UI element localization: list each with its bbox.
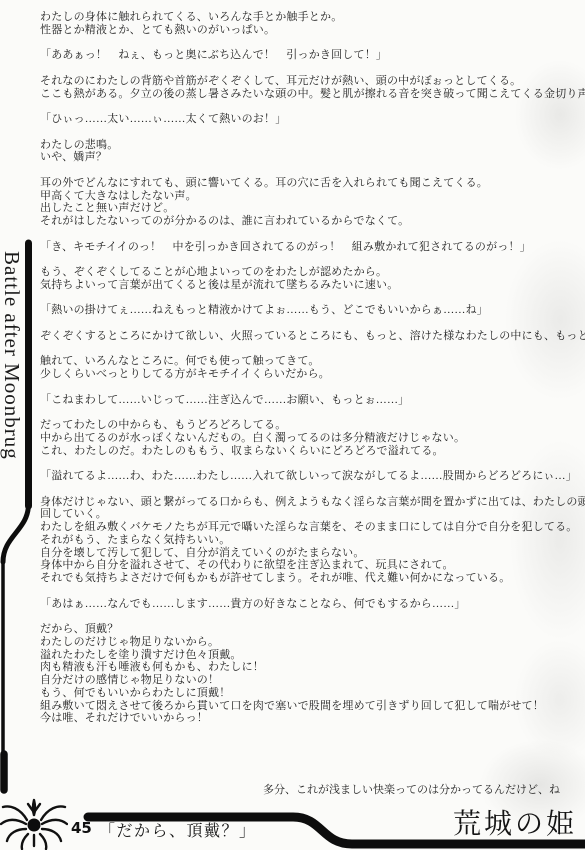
text-line: 甲高くて大きなはしたない声。 — [40, 190, 585, 203]
text-line: だから、頂戴？ — [40, 623, 585, 636]
dialogue-line: 「ああぁっ！ ねぇ、もっと奥にぶち込んで！ 引っかき回して！」 — [40, 49, 585, 62]
crest-center-dot — [28, 819, 41, 832]
dialogue-line: 「き、キモチイイのっ！ 中を引っかき回されてるのがっ！ 組み敷かれて犯されてるの… — [40, 241, 585, 254]
dialogue-line: 「あはぁ……なんでも……します……貴方の好きなことなら、何でもするから……」 — [40, 598, 585, 611]
text-line: 耳の外でどんなにすれても、頭に響いてくる。耳の穴に舌を入れられても聞こえてくる。 — [40, 177, 585, 190]
text-line — [40, 292, 585, 305]
series-title-vertical: Battle after Moonbrug — [0, 251, 24, 541]
text-line — [40, 62, 585, 75]
text-line: 自分を壊して汚して犯して、自分が消えていくのがたまらない。 — [40, 547, 585, 560]
text-line: わたしの身体に触れられてくる、いろんな手とか触手とか。 — [40, 11, 585, 24]
text-line: わたしを組み敷くバケモノたちが耳元で囁いた淫らな言葉を、そのまま口にしては自分で… — [40, 521, 585, 534]
text-line — [40, 483, 585, 496]
text-line: 気持ちよいって言葉が出てくると後は星が流れて墜ちるみたいに速い。 — [40, 279, 585, 292]
text-line: それがもう、たまらなく気持ちいい。 — [40, 534, 585, 547]
text-line — [40, 317, 585, 330]
doujinshi-text-page: Battle after Moonbrug わたしの身体に触れられてくる、いろん… — [0, 0, 585, 850]
text-line: 出したこと無い声だけど。 — [40, 202, 585, 215]
chapter-title: 「だから、頂戴？」 — [99, 818, 257, 841]
text-line — [40, 381, 585, 394]
dialogue-line: 「ひぃっ……太い……ぃ……太くて熱いのお！」 — [40, 113, 585, 126]
text-line — [40, 253, 585, 266]
text-line: 自分だけの感情じゃ物足りないの！ — [40, 674, 585, 687]
text-line: ここも熱がある。夕立の後の蒸し暑さみたいな頭の中。髪と肌が擦れる音を突き破って聞… — [40, 88, 585, 101]
text-line — [40, 343, 585, 356]
text-line: わたしのだけじゃ物足りないから。 — [40, 636, 585, 649]
text-line — [40, 457, 585, 470]
text-line — [40, 585, 585, 598]
story-text-block: わたしの身体に触れられてくる、いろんな手とか触手とか。性器とか精液とか、とても熱… — [40, 11, 585, 725]
book-title: 荒城の姫 — [453, 802, 577, 842]
text-line: わたしの悲鳴。 — [40, 139, 585, 152]
text-line: これ、わたしのだ。わたしのももう、収まらないくらいにどろどろで溢れてる。 — [40, 445, 585, 458]
dialogue-line: 「こねまわして……いじって……注ぎ込んで……お願い、もっとぉ……」 — [40, 394, 585, 407]
trailing-narration-line: 多分、これが浅ましい快楽ってのは分かってるんだけど、ね — [263, 781, 560, 797]
page-number: 45 — [71, 819, 92, 837]
text-line — [40, 610, 585, 623]
text-line: 回していく。 — [40, 508, 585, 521]
text-line: 少しくらいべっとりしてる方がキモチイイくらいだから。 — [40, 368, 585, 381]
text-line — [40, 126, 585, 139]
text-line: 組み敷いて悶えさせて後ろから貫いて口を肉で塞いで股間を埋めて引きずり回して犯して… — [40, 700, 585, 713]
text-line: もう、何でもいいからわたしに頂戴！ — [40, 687, 585, 700]
text-line — [40, 100, 585, 113]
dialogue-line: 「溢れてるよ……わ、わた……わたし……入れて欲しいって涙ながしてるよ……股間から… — [40, 470, 585, 483]
text-line: 身体中から自分を溢れさせて、その代わりに欲望を注ぎ込まれて、玩具にされて。 — [40, 559, 585, 572]
text-line: 中から出てるのが水っぽくないんだもの。白く濁ってるのは多分精液だけじゃない。 — [40, 432, 585, 445]
text-line: 触れて、いろんなところに。何でも使って触ってきて。 — [40, 355, 585, 368]
text-line: それでも気持ちよさだけで何もかもが許せてしまう。それが唯、代え難い何かになってい… — [40, 572, 585, 585]
text-line: 溢れたわたしを塗り潰すだけ色々頂戴。 — [40, 649, 585, 662]
text-line: それがはしたないってのが分かるのは、誰に言われているからでなくて。 — [40, 215, 585, 228]
text-line — [40, 37, 585, 50]
text-line: それなのにわたしの背筋や首筋がぞくぞくして、耳元だけが熱い、頭の中がぼぉっとして… — [40, 75, 585, 88]
text-line — [40, 406, 585, 419]
text-line: 性器とか精液とか、とても熱いのがいっぱい。 — [40, 24, 585, 37]
winged-crest-logo-icon — [0, 795, 68, 850]
text-line: 身体だけじゃない、頭と繋がってる口からも、例えようもなく淫らな言葉が間を置かずに… — [40, 496, 585, 509]
text-line: ぞくぞくするところにかけて欲しい、火照っているところにも、もっと、溶けた様なわた… — [40, 330, 585, 343]
text-line: 今は唯、それだけでいいからっ！ — [40, 712, 585, 725]
text-line: 肉も精液も汗も唾液も何もかも、わたしに！ — [40, 661, 585, 674]
text-line — [40, 164, 585, 177]
text-line: だってわたしの中からも、もうどろどろしてる。 — [40, 419, 585, 432]
text-line: いや、嬌声？ — [40, 151, 585, 164]
text-line: もう、ぞくぞくしてることが心地よいってのをわたしが認めたから。 — [40, 266, 585, 279]
dialogue-line: 「熱いの掛けてぇ……ねえもっと精液かけてよぉ……もう、どこでもいいからぁ……ね」 — [40, 304, 585, 317]
text-line — [40, 228, 585, 241]
